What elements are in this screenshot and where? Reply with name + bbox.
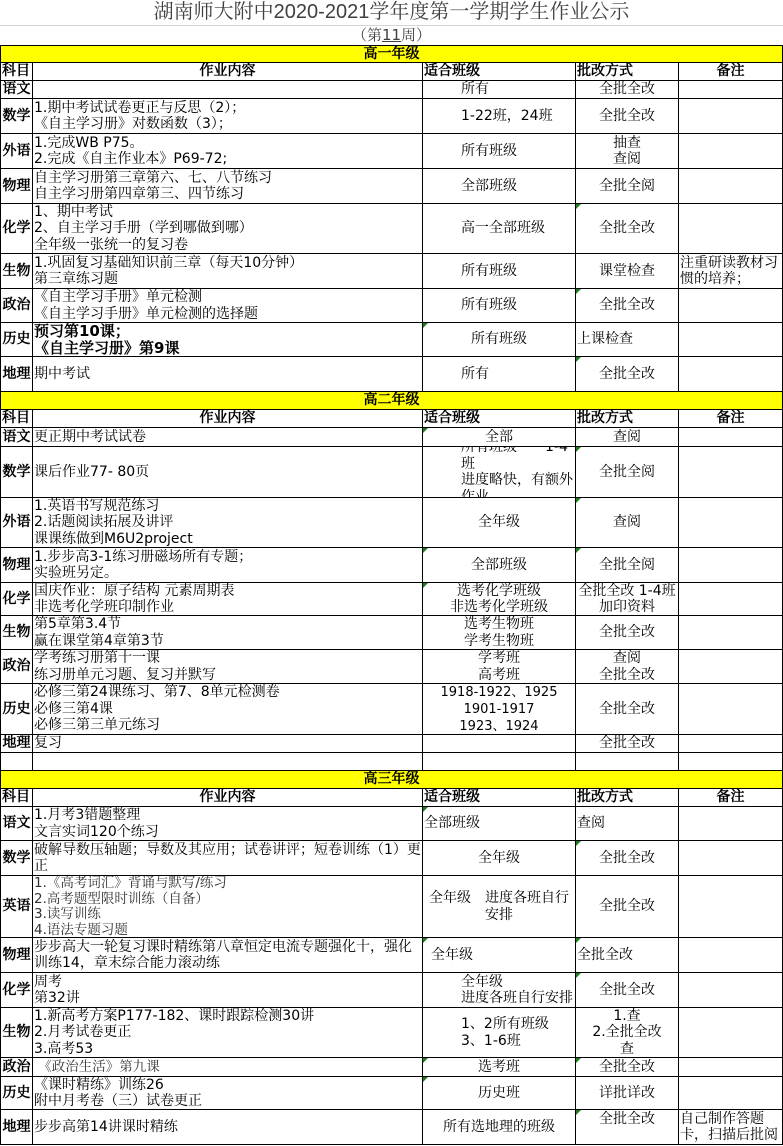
classes-cell[interactable]: 所有 bbox=[423, 81, 576, 98]
table-row: 政治 《政治生活》第九课 选考班 全批全改 bbox=[1, 1058, 783, 1077]
classes-cell[interactable]: 选考班 bbox=[423, 1058, 576, 1076]
grading-cell[interactable]: 全批全阅 bbox=[576, 548, 679, 582]
header-label: 科目 bbox=[2, 789, 31, 806]
table-row: 历史 必修三第24课练习、第7、8单元检测卷 必修三第4课 必修三第三单元练习 … bbox=[1, 684, 783, 735]
subject-label: 语文 bbox=[1, 81, 32, 98]
content-cell[interactable] bbox=[33, 81, 423, 98]
subject-cell[interactable] bbox=[1, 753, 33, 770]
header-grading[interactable]: 批改方式 bbox=[576, 63, 679, 80]
homework-spreadsheet: 湖南师大附中2020-2021学年度第一学期学生作业公示 （第11周） 高一年级… bbox=[0, 0, 783, 1146]
table-row: 语文 1.月考3错题整理 文言实词120个练习 全部班级 查阅 bbox=[1, 807, 783, 841]
remarks-cell[interactable] bbox=[679, 753, 783, 770]
content-text: 复习 bbox=[34, 735, 421, 752]
content-text: 《课时精练》训练26 附中月考卷（三）试卷更正 bbox=[34, 1077, 421, 1109]
classes-text: 所有 bbox=[461, 366, 574, 383]
week-number: 11 bbox=[382, 26, 401, 44]
content-text: 1.步步高3-1练习册磁场所有专题； 实验班另定。 bbox=[34, 549, 421, 582]
table-row: 地理 步步高第14讲课时精练 所有选地理的班级 全批全改 自己制作答题卡，扫描后… bbox=[1, 1110, 783, 1145]
subject-cell[interactable]: 地理 bbox=[1, 735, 33, 752]
classes-cell[interactable]: 1-22班，24班 bbox=[423, 99, 576, 133]
classes-cell[interactable]: 所有班级 1-4班 进度略快，有额外 作业。 bbox=[423, 447, 576, 497]
content-cell[interactable]: 《课时精练》训练26 附中月考卷（三）试卷更正 bbox=[33, 1077, 423, 1109]
subject-cell[interactable]: 政治 bbox=[1, 1058, 33, 1076]
grading-cell[interactable]: 全批全改 bbox=[576, 357, 679, 391]
grading-text: 全批全改 bbox=[577, 701, 677, 718]
subject-cell[interactable]: 语文 bbox=[1, 428, 33, 446]
content-text: 1.巩固复习基础知识前三章（每天10分钟） 第三章练习题 bbox=[34, 255, 421, 288]
content-cell[interactable]: 1、期中考试 2、自主学习手册（学到哪做到哪） 全年级一张统一的复习卷 bbox=[33, 204, 423, 253]
header-content[interactable]: 作业内容 bbox=[33, 410, 423, 427]
grading-text: 全批全阅 bbox=[577, 557, 677, 574]
classes-text: 所有班级 bbox=[424, 331, 574, 348]
classes-cell[interactable]: 所有班级 bbox=[423, 134, 576, 168]
content-text: 1.新高考方案P177-182、课时跟踪检测30讲 2.月考试卷更正 3.高考5… bbox=[34, 1008, 421, 1057]
classes-cell[interactable]: 全部班级 bbox=[423, 807, 576, 840]
subject-cell[interactable]: 物理 bbox=[1, 169, 33, 203]
grading-cell[interactable]: 全批全改 bbox=[576, 684, 679, 734]
table-row: 地理 复习 全批全改 bbox=[1, 735, 783, 753]
classes-cell[interactable]: 全年级 进度各班自行安排 bbox=[423, 973, 576, 1007]
remarks-cell[interactable] bbox=[679, 807, 783, 840]
content-cell[interactable]: 步步高第14讲课时精练 bbox=[33, 1110, 423, 1144]
table-row: 生物 第5章第3.4节 赢在课堂第4章第3节 选考生物班 学考生物班 全批全改 bbox=[1, 616, 783, 650]
content-cell[interactable]: 自主学习册第三章第六、七、八节练习 自主学习册第四章第三、四节练习 bbox=[33, 169, 423, 203]
header-grading[interactable]: 批改方式 bbox=[576, 789, 679, 806]
remarks-cell[interactable] bbox=[679, 973, 783, 1007]
content-text: 必修三第24课练习、第7、8单元检测卷 必修三第4课 必修三第三单元练习 bbox=[34, 684, 421, 734]
grading-text: 查阅 bbox=[577, 429, 677, 446]
content-cell[interactable]: 必修三第24课练习、第7、8单元检测卷 必修三第4课 必修三第三单元练习 bbox=[33, 684, 423, 734]
header-label: 批改方式 bbox=[577, 410, 677, 427]
content-text: 1.期中考试试卷更正与反思（2）； 《自主学习册》对数函数（3）； bbox=[34, 100, 421, 133]
classes-cell[interactable]: 高一全部班级 bbox=[423, 204, 576, 253]
table-row: 地理 期中考试 所有 全批全改 bbox=[1, 357, 783, 392]
grading-cell[interactable] bbox=[576, 753, 679, 770]
subject-cell[interactable]: 化学 bbox=[1, 583, 33, 615]
remarks-cell[interactable] bbox=[679, 684, 783, 734]
subject-label: 物理 bbox=[1, 947, 32, 964]
remarks-cell[interactable] bbox=[679, 99, 783, 133]
subject-cell[interactable]: 物理 bbox=[1, 938, 33, 972]
subject-label: 生物 bbox=[1, 263, 32, 280]
table-row: 物理 1.步步高3-1练习册磁场所有专题； 实验班另定。 全部班级 全批全阅 bbox=[1, 548, 783, 583]
classes-text: 高一全部班级 bbox=[461, 220, 574, 237]
content-cell[interactable]: 课后作业77- 80页 bbox=[33, 447, 423, 497]
remarks-cell[interactable] bbox=[679, 289, 783, 322]
header-content[interactable]: 作业内容 bbox=[33, 63, 423, 80]
classes-cell[interactable]: 全部 bbox=[423, 428, 576, 446]
subject-cell[interactable]: 数学 bbox=[1, 841, 33, 875]
remarks-cell[interactable] bbox=[679, 1008, 783, 1057]
remarks-cell[interactable] bbox=[679, 134, 783, 168]
remarks-cell[interactable] bbox=[679, 81, 783, 98]
remarks-text: 注重研读教材习惯的培养； bbox=[680, 255, 781, 288]
content-text: 1.月考3错题整理 文言实词120个练习 bbox=[34, 807, 421, 840]
table-row: 化学 国庆作业：原子结构 元素周期表 非选考化学班印制作业 选考化学班级 非选考… bbox=[1, 583, 783, 616]
classes-text: 所有选地理的班级 bbox=[424, 1119, 574, 1136]
subject-cell[interactable]: 英语 bbox=[1, 876, 33, 937]
classes-text: 所有班级 1-4班 进度略快，有额外 作业。 bbox=[461, 447, 574, 497]
table-row: 生物 1.新高考方案P177-182、课时跟踪检测30讲 2.月考试卷更正 3.… bbox=[1, 1008, 783, 1058]
subject-label: 政治 bbox=[1, 658, 32, 675]
header-label: 科目 bbox=[2, 63, 31, 80]
content-cell[interactable]: 复习 bbox=[33, 735, 423, 752]
comment-indicator-icon bbox=[576, 938, 581, 943]
remarks-cell[interactable] bbox=[679, 1058, 783, 1076]
grading-cell[interactable]: 全批全改 bbox=[576, 735, 679, 752]
title-text: 湖南师大附中2020-2021学年度第一学期学生作业公示 bbox=[154, 1, 630, 23]
table-row: 化学 周考 第32讲 全年级 进度各班自行安排 全批全改 bbox=[1, 973, 783, 1008]
header-subject[interactable]: 科目 bbox=[1, 63, 33, 80]
week-prefix: （第 bbox=[352, 26, 382, 44]
header-label: 适合班级 bbox=[424, 410, 574, 427]
classes-text: 所有班级 bbox=[461, 143, 574, 160]
content-text: 课后作业77- 80页 bbox=[34, 464, 421, 481]
grading-cell[interactable]: 全批全改 bbox=[576, 973, 679, 1007]
remarks-cell[interactable] bbox=[679, 616, 783, 649]
content-cell[interactable] bbox=[33, 753, 423, 770]
content-cell[interactable]: 破解导数压轴题；导数及其应用；试卷讲评；短卷训练（1）更正 bbox=[33, 841, 423, 875]
classes-text: 全部 bbox=[424, 429, 574, 446]
classes-cell[interactable]: 所有班级 bbox=[423, 323, 576, 356]
content-cell[interactable]: 学考练习册第十一课 练习册单元习题、复习并默写 bbox=[33, 650, 423, 683]
content-text: 学考练习册第十一课 练习册单元习题、复习并默写 bbox=[34, 650, 421, 683]
grading-cell[interactable]: 全批全改 bbox=[576, 204, 679, 253]
remarks-cell[interactable] bbox=[679, 169, 783, 203]
header-classes[interactable]: 适合班级 bbox=[423, 410, 576, 427]
header-row: 科目 作业内容 适合班级 批改方式 备注 bbox=[1, 789, 783, 807]
subject-label: 数学 bbox=[1, 108, 32, 125]
table-row: 英语 1.《高考词汇》背诵与默写/练习 2.高考题型限时训练（自备） 3.读写训… bbox=[1, 876, 783, 938]
grading-cell[interactable]: 抽查 查阅 bbox=[576, 134, 679, 168]
grading-cell[interactable]: 全批全改 bbox=[576, 289, 679, 322]
comment-indicator-icon bbox=[576, 447, 581, 452]
subject-label: 政治 bbox=[1, 1059, 32, 1076]
subject-cell[interactable]: 历史 bbox=[1, 1077, 33, 1109]
subject-cell[interactable]: 历史 bbox=[1, 323, 33, 356]
comment-indicator-icon bbox=[576, 973, 581, 978]
classes-cell[interactable]: 所有选地理的班级 bbox=[423, 1110, 576, 1144]
subject-label: 数学 bbox=[1, 464, 32, 481]
subject-label: 化学 bbox=[1, 982, 32, 999]
grading-text: 查阅 bbox=[577, 514, 677, 531]
header-label: 备注 bbox=[680, 789, 781, 806]
grading-cell[interactable]: 查阅 bbox=[576, 807, 679, 840]
remarks-cell[interactable] bbox=[679, 841, 783, 875]
table-row: 物理 步步高大一轮复习课时精练第八章恒定电流专题强化十，强化训练14，章末综合能… bbox=[1, 938, 783, 973]
grading-text: 全批全改 bbox=[577, 108, 677, 125]
subject-label: 物理 bbox=[1, 178, 32, 195]
table-row: 化学 1、期中考试 2、自主学习手册（学到哪做到哪） 全年级一张统一的复习卷 高… bbox=[1, 204, 783, 254]
subject-label: 语文 bbox=[1, 429, 32, 446]
header-label: 备注 bbox=[680, 63, 781, 80]
grading-cell[interactable]: 上课检查 bbox=[576, 323, 679, 356]
content-text: 破解导数压轴题；导数及其应用；试卷讲评；短卷训练（1）更正 bbox=[34, 842, 421, 875]
remarks-cell[interactable]: 自己制作答题卡，扫描后批阅 bbox=[679, 1110, 783, 1144]
header-classes[interactable]: 适合班级 bbox=[423, 789, 576, 806]
grade-banner-3[interactable]: 高三年级 bbox=[1, 771, 783, 789]
content-cell[interactable]: 《自主学习手册》单元检测 《自主学习手册》单元检测的选择题 bbox=[33, 289, 423, 322]
subject-label: 历史 bbox=[1, 1085, 32, 1102]
classes-cell[interactable]: 所有班级 bbox=[423, 254, 576, 288]
remarks-text: 自己制作答题卡，扫描后批阅 bbox=[680, 1111, 781, 1144]
subject-cell[interactable]: 数学 bbox=[1, 447, 33, 497]
header-remarks[interactable]: 备注 bbox=[679, 410, 783, 427]
remarks-cell[interactable] bbox=[679, 204, 783, 253]
classes-text: 所有班级 bbox=[461, 263, 574, 280]
grading-text: 全批全改 bbox=[577, 850, 677, 867]
subject-label: 数学 bbox=[1, 850, 32, 867]
subject-cell[interactable]: 地理 bbox=[1, 1110, 33, 1144]
grade-label: 高二年级 bbox=[364, 392, 420, 408]
content-text: 1、期中考试 2、自主学习手册（学到哪做到哪） 全年级一张统一的复习卷 bbox=[34, 204, 421, 253]
comment-indicator-icon bbox=[423, 583, 428, 588]
grading-cell[interactable]: 全批全改 bbox=[576, 1058, 679, 1076]
classes-text: 所有 bbox=[461, 81, 574, 98]
comment-indicator-icon bbox=[423, 323, 428, 328]
grading-cell[interactable]: 全批全改 bbox=[576, 1110, 679, 1144]
grading-text: 全批全改 bbox=[577, 1059, 677, 1076]
grading-cell[interactable]: 全批全改 bbox=[576, 876, 679, 937]
content-text: 自主学习册第三章第六、七、八节练习 自主学习册第四章第三、四节练习 bbox=[34, 170, 421, 203]
content-text: 国庆作业：原子结构 元素周期表 非选考化学班印制作业 bbox=[34, 583, 421, 615]
classes-cell[interactable]: 所有 bbox=[423, 357, 576, 391]
grade-banner-1[interactable]: 高一年级 bbox=[1, 46, 783, 63]
grading-cell[interactable]: 1.查 2.全批全改 查 bbox=[576, 1008, 679, 1057]
classes-text: 学考班 高考班 bbox=[424, 650, 574, 683]
comment-indicator-icon bbox=[423, 548, 428, 553]
classes-cell[interactable]: 所有班级 bbox=[423, 289, 576, 322]
header-subject[interactable]: 科目 bbox=[1, 410, 33, 427]
remarks-cell[interactable] bbox=[679, 498, 783, 547]
grading-cell[interactable]: 课堂检查 bbox=[576, 254, 679, 288]
grading-cell[interactable]: 全批全改 bbox=[576, 99, 679, 133]
content-cell[interactable]: 1.期中考试试卷更正与反思（2）； 《自主学习册》对数函数（3）； bbox=[33, 99, 423, 133]
table-row: 历史 预习第10课； 《自主学习册》第9课 所有班级 上课检查 bbox=[1, 323, 783, 357]
table-row: 外语 1.完成WB P75。 2.完成《自主作业本》P69-72; 所有班级 抽… bbox=[1, 134, 783, 169]
subject-cell[interactable]: 语文 bbox=[1, 81, 33, 98]
table-row: 语文 所有 全批全改 bbox=[1, 81, 783, 99]
grading-cell[interactable]: 全批全改 bbox=[576, 841, 679, 875]
subject-label: 外语 bbox=[1, 143, 32, 160]
comment-indicator-icon bbox=[423, 1077, 428, 1082]
classes-cell[interactable]: 全年级 进度各班自行 安排 bbox=[423, 876, 576, 937]
grading-cell[interactable]: 查阅 全批全改 bbox=[576, 650, 679, 683]
grading-text: 抽查 查阅 bbox=[577, 135, 677, 168]
classes-text: 1、2所有班级 3、1-6班 bbox=[461, 1016, 574, 1049]
grading-text: 全批全阅 bbox=[577, 178, 677, 195]
grading-text: 上课检查 bbox=[577, 331, 677, 348]
content-text: 1.完成WB P75。 2.完成《自主作业本》P69-72; bbox=[34, 135, 421, 168]
header-label: 作业内容 bbox=[34, 410, 421, 427]
content-cell[interactable]: 1.新高考方案P177-182、课时跟踪检测30讲 2.月考试卷更正 3.高考5… bbox=[33, 1008, 423, 1057]
grading-text: 详批详改 bbox=[577, 1085, 677, 1102]
subject-label: 地理 bbox=[1, 366, 32, 383]
comment-indicator-icon bbox=[423, 428, 428, 433]
week-label[interactable]: （第11周） bbox=[0, 26, 783, 45]
grading-cell[interactable]: 查阅 bbox=[576, 428, 679, 446]
classes-text: 全年级 进度各班自行安排 bbox=[461, 974, 574, 1007]
grading-text: 全批全阅 bbox=[577, 464, 677, 481]
header-classes[interactable]: 适合班级 bbox=[423, 63, 576, 80]
subject-label: 化学 bbox=[1, 591, 32, 608]
subject-cell[interactable]: 外语 bbox=[1, 134, 33, 168]
comment-indicator-icon bbox=[576, 289, 581, 294]
subject-label: 生物 bbox=[1, 1024, 32, 1041]
remarks-cell[interactable] bbox=[679, 583, 783, 615]
classes-cell[interactable]: 选考生物班 学考生物班 bbox=[423, 616, 576, 649]
content-cell[interactable]: 第5章第3.4节 赢在课堂第4章第3节 bbox=[33, 616, 423, 649]
subject-label: 外语 bbox=[1, 514, 32, 531]
classes-cell[interactable]: 1、2所有班级 3、1-6班 bbox=[423, 1008, 576, 1057]
table-row: 外语 1.英语书写规范练习 2.话题阅读拓展及讲评 课课练做到M6U2proje… bbox=[1, 498, 783, 548]
header-remarks[interactable]: 备注 bbox=[679, 789, 783, 806]
comment-indicator-icon bbox=[576, 1110, 581, 1115]
table-row: 政治 《自主学习手册》单元检测 《自主学习手册》单元检测的选择题 所有班级 全批… bbox=[1, 289, 783, 323]
content-cell[interactable]: 1.英语书写规范练习 2.话题阅读拓展及讲评 课课练做到M6U2project bbox=[33, 498, 423, 547]
content-text: 第5章第3.4节 赢在课堂第4章第3节 bbox=[34, 616, 421, 649]
classes-text: 全年级 bbox=[431, 947, 574, 964]
grading-text: 全批全改 bbox=[577, 366, 677, 383]
grading-cell[interactable]: 全批全改 bbox=[576, 616, 679, 649]
remarks-cell[interactable] bbox=[679, 357, 783, 391]
content-cell[interactable]: 国庆作业：原子结构 元素周期表 非选考化学班印制作业 bbox=[33, 583, 423, 615]
header-content[interactable]: 作业内容 bbox=[33, 789, 423, 806]
classes-cell[interactable]: 全年级 bbox=[423, 938, 576, 972]
grading-text: 全批全改 bbox=[577, 947, 677, 964]
subject-label: 地理 bbox=[1, 1119, 32, 1136]
remarks-cell[interactable]: 注重研读教材习惯的培养； bbox=[679, 254, 783, 288]
grading-text: 课堂检查 bbox=[577, 263, 677, 280]
remarks-cell[interactable] bbox=[679, 447, 783, 497]
subject-label: 地理 bbox=[1, 735, 32, 752]
classes-cell[interactable]: 全部班级 bbox=[423, 169, 576, 203]
classes-cell[interactable]: 全年级 bbox=[423, 841, 576, 875]
content-cell[interactable]: 1.巩固复习基础知识前三章（每天10分钟） 第三章练习题 bbox=[33, 254, 423, 288]
content-cell[interactable]: 《政治生活》第九课 bbox=[33, 1058, 423, 1076]
subject-cell[interactable]: 生物 bbox=[1, 1008, 33, 1057]
grading-cell[interactable]: 全批全阅 bbox=[576, 169, 679, 203]
header-grading[interactable]: 批改方式 bbox=[576, 410, 679, 427]
remarks-cell[interactable] bbox=[679, 428, 783, 446]
grading-cell[interactable]: 详批详改 bbox=[576, 1077, 679, 1109]
subject-label: 生物 bbox=[1, 624, 32, 641]
content-cell[interactable]: 1.完成WB P75。 2.完成《自主作业本》P69-72; bbox=[33, 134, 423, 168]
classes-cell[interactable]: 选考化学班级 非选考化学班级 bbox=[423, 583, 576, 615]
classes-text: 1918-1922、1925 1901-1917 1923、1924 bbox=[424, 684, 574, 734]
grading-cell[interactable]: 全批全改 bbox=[576, 938, 679, 972]
header-row: 科目 作业内容 适合班级 批改方式 备注 bbox=[1, 410, 783, 428]
header-remarks[interactable]: 备注 bbox=[679, 63, 783, 80]
remarks-cell[interactable] bbox=[679, 876, 783, 937]
table-row: 数学 1.期中考试试卷更正与反思（2）； 《自主学习册》对数函数（3）； 1-2… bbox=[1, 99, 783, 134]
subject-label: 历史 bbox=[1, 701, 32, 718]
remarks-cell[interactable] bbox=[679, 548, 783, 582]
classes-cell[interactable]: 全部班级 bbox=[423, 548, 576, 582]
content-cell[interactable]: 1.《高考词汇》背诵与默写/练习 2.高考题型限时训练（自备） 3.读写训练 4… bbox=[33, 876, 423, 937]
subject-cell[interactable]: 化学 bbox=[1, 973, 33, 1007]
content-text: 期中考试 bbox=[34, 366, 421, 383]
remarks-cell[interactable] bbox=[679, 323, 783, 356]
comment-indicator-icon bbox=[576, 841, 581, 846]
content-cell[interactable]: 步步高大一轮复习课时精练第八章恒定电流专题强化十，强化训练14，章末综合能力滚动… bbox=[33, 938, 423, 972]
grading-cell[interactable]: 全批全改 bbox=[576, 81, 679, 98]
subject-label: 英语 bbox=[1, 898, 32, 915]
grading-text: 1.查 2.全批全改 查 bbox=[577, 1008, 677, 1057]
classes-cell[interactable]: 1918-1922、1925 1901-1917 1923、1924 bbox=[423, 684, 576, 734]
subject-cell[interactable]: 语文 bbox=[1, 807, 33, 840]
homework-table: 高一年级 科目 作业内容 适合班级 批改方式 备注 语文 所有 全批全改 数学 … bbox=[0, 45, 783, 1145]
subject-cell[interactable]: 政治 bbox=[1, 650, 33, 683]
header-subject[interactable]: 科目 bbox=[1, 789, 33, 806]
remarks-cell[interactable] bbox=[679, 650, 783, 683]
header-row: 科目 作业内容 适合班级 批改方式 备注 bbox=[1, 63, 783, 81]
sheet-title[interactable]: 湖南师大附中2020-2021学年度第一学期学生作业公示 bbox=[0, 0, 783, 26]
content-cell[interactable]: 更正期中考试试卷 bbox=[33, 428, 423, 446]
content-text: 1.《高考词汇》背诵与默写/练习 2.高考题型限时训练（自备） 3.读写训练 4… bbox=[34, 876, 421, 937]
content-cell[interactable]: 周考 第32讲 bbox=[33, 973, 423, 1007]
remarks-cell[interactable] bbox=[679, 938, 783, 972]
grading-cell[interactable]: 全批全阅 bbox=[576, 447, 679, 497]
content-cell[interactable]: 1.月考3错题整理 文言实词120个练习 bbox=[33, 807, 423, 840]
grading-cell[interactable]: 查阅 bbox=[576, 498, 679, 547]
classes-text: 所有班级 bbox=[461, 297, 574, 314]
grade-banner-2[interactable]: 高二年级 bbox=[1, 392, 783, 410]
classes-cell[interactable]: 全年级 bbox=[423, 498, 576, 547]
content-text: 预习第10课； 《自主学习册》第9课 bbox=[34, 323, 421, 356]
subject-cell[interactable]: 物理 bbox=[1, 548, 33, 582]
classes-text: 选考生物班 学考生物班 bbox=[424, 616, 574, 649]
content-text: 步步高第14讲课时精练 bbox=[34, 1119, 421, 1136]
subject-cell[interactable]: 生物 bbox=[1, 254, 33, 288]
grading-cell[interactable]: 全批全改 1-4班 加印资料 bbox=[576, 583, 679, 615]
remarks-cell[interactable] bbox=[679, 1077, 783, 1109]
grading-text: 全批全改 bbox=[577, 220, 677, 237]
subject-cell[interactable]: 化学 bbox=[1, 204, 33, 253]
subject-label: 政治 bbox=[1, 297, 32, 314]
classes-text: 选考班 bbox=[424, 1059, 574, 1076]
content-text: 更正期中考试试卷 bbox=[34, 429, 421, 446]
subject-cell[interactable]: 政治 bbox=[1, 289, 33, 322]
classes-cell[interactable]: 学考班 高考班 bbox=[423, 650, 576, 683]
remarks-cell[interactable] bbox=[679, 735, 783, 752]
content-text: 《自主学习手册》单元检测 《自主学习手册》单元检测的选择题 bbox=[34, 289, 421, 322]
content-cell[interactable]: 预习第10课； 《自主学习册》第9课 bbox=[33, 323, 423, 356]
header-label: 批改方式 bbox=[577, 63, 677, 80]
subject-cell[interactable]: 历史 bbox=[1, 684, 33, 734]
grade-label: 高一年级 bbox=[364, 46, 420, 62]
content-text: 周考 第32讲 bbox=[34, 974, 421, 1007]
subject-cell[interactable]: 数学 bbox=[1, 99, 33, 133]
comment-indicator-icon bbox=[576, 498, 581, 503]
header-label: 科目 bbox=[2, 410, 31, 427]
header-label: 作业内容 bbox=[34, 63, 421, 80]
subject-label: 语文 bbox=[1, 815, 32, 832]
grading-text: 全批全改 bbox=[577, 624, 677, 641]
subject-cell[interactable]: 生物 bbox=[1, 616, 33, 649]
classes-text: 全年级 bbox=[424, 514, 574, 531]
table-row: 语文 更正期中考试试卷 全部 查阅 bbox=[1, 428, 783, 447]
header-label: 批改方式 bbox=[577, 789, 677, 806]
classes-cell[interactable] bbox=[423, 753, 576, 770]
classes-cell[interactable]: 历史班 bbox=[423, 1077, 576, 1109]
subject-cell[interactable]: 地理 bbox=[1, 357, 33, 391]
subject-label: 物理 bbox=[1, 557, 32, 574]
content-cell[interactable]: 期中考试 bbox=[33, 357, 423, 391]
classes-cell[interactable] bbox=[423, 735, 576, 752]
subject-cell[interactable]: 外语 bbox=[1, 498, 33, 547]
content-cell[interactable]: 1.步步高3-1练习册磁场所有专题； 实验班另定。 bbox=[33, 548, 423, 582]
